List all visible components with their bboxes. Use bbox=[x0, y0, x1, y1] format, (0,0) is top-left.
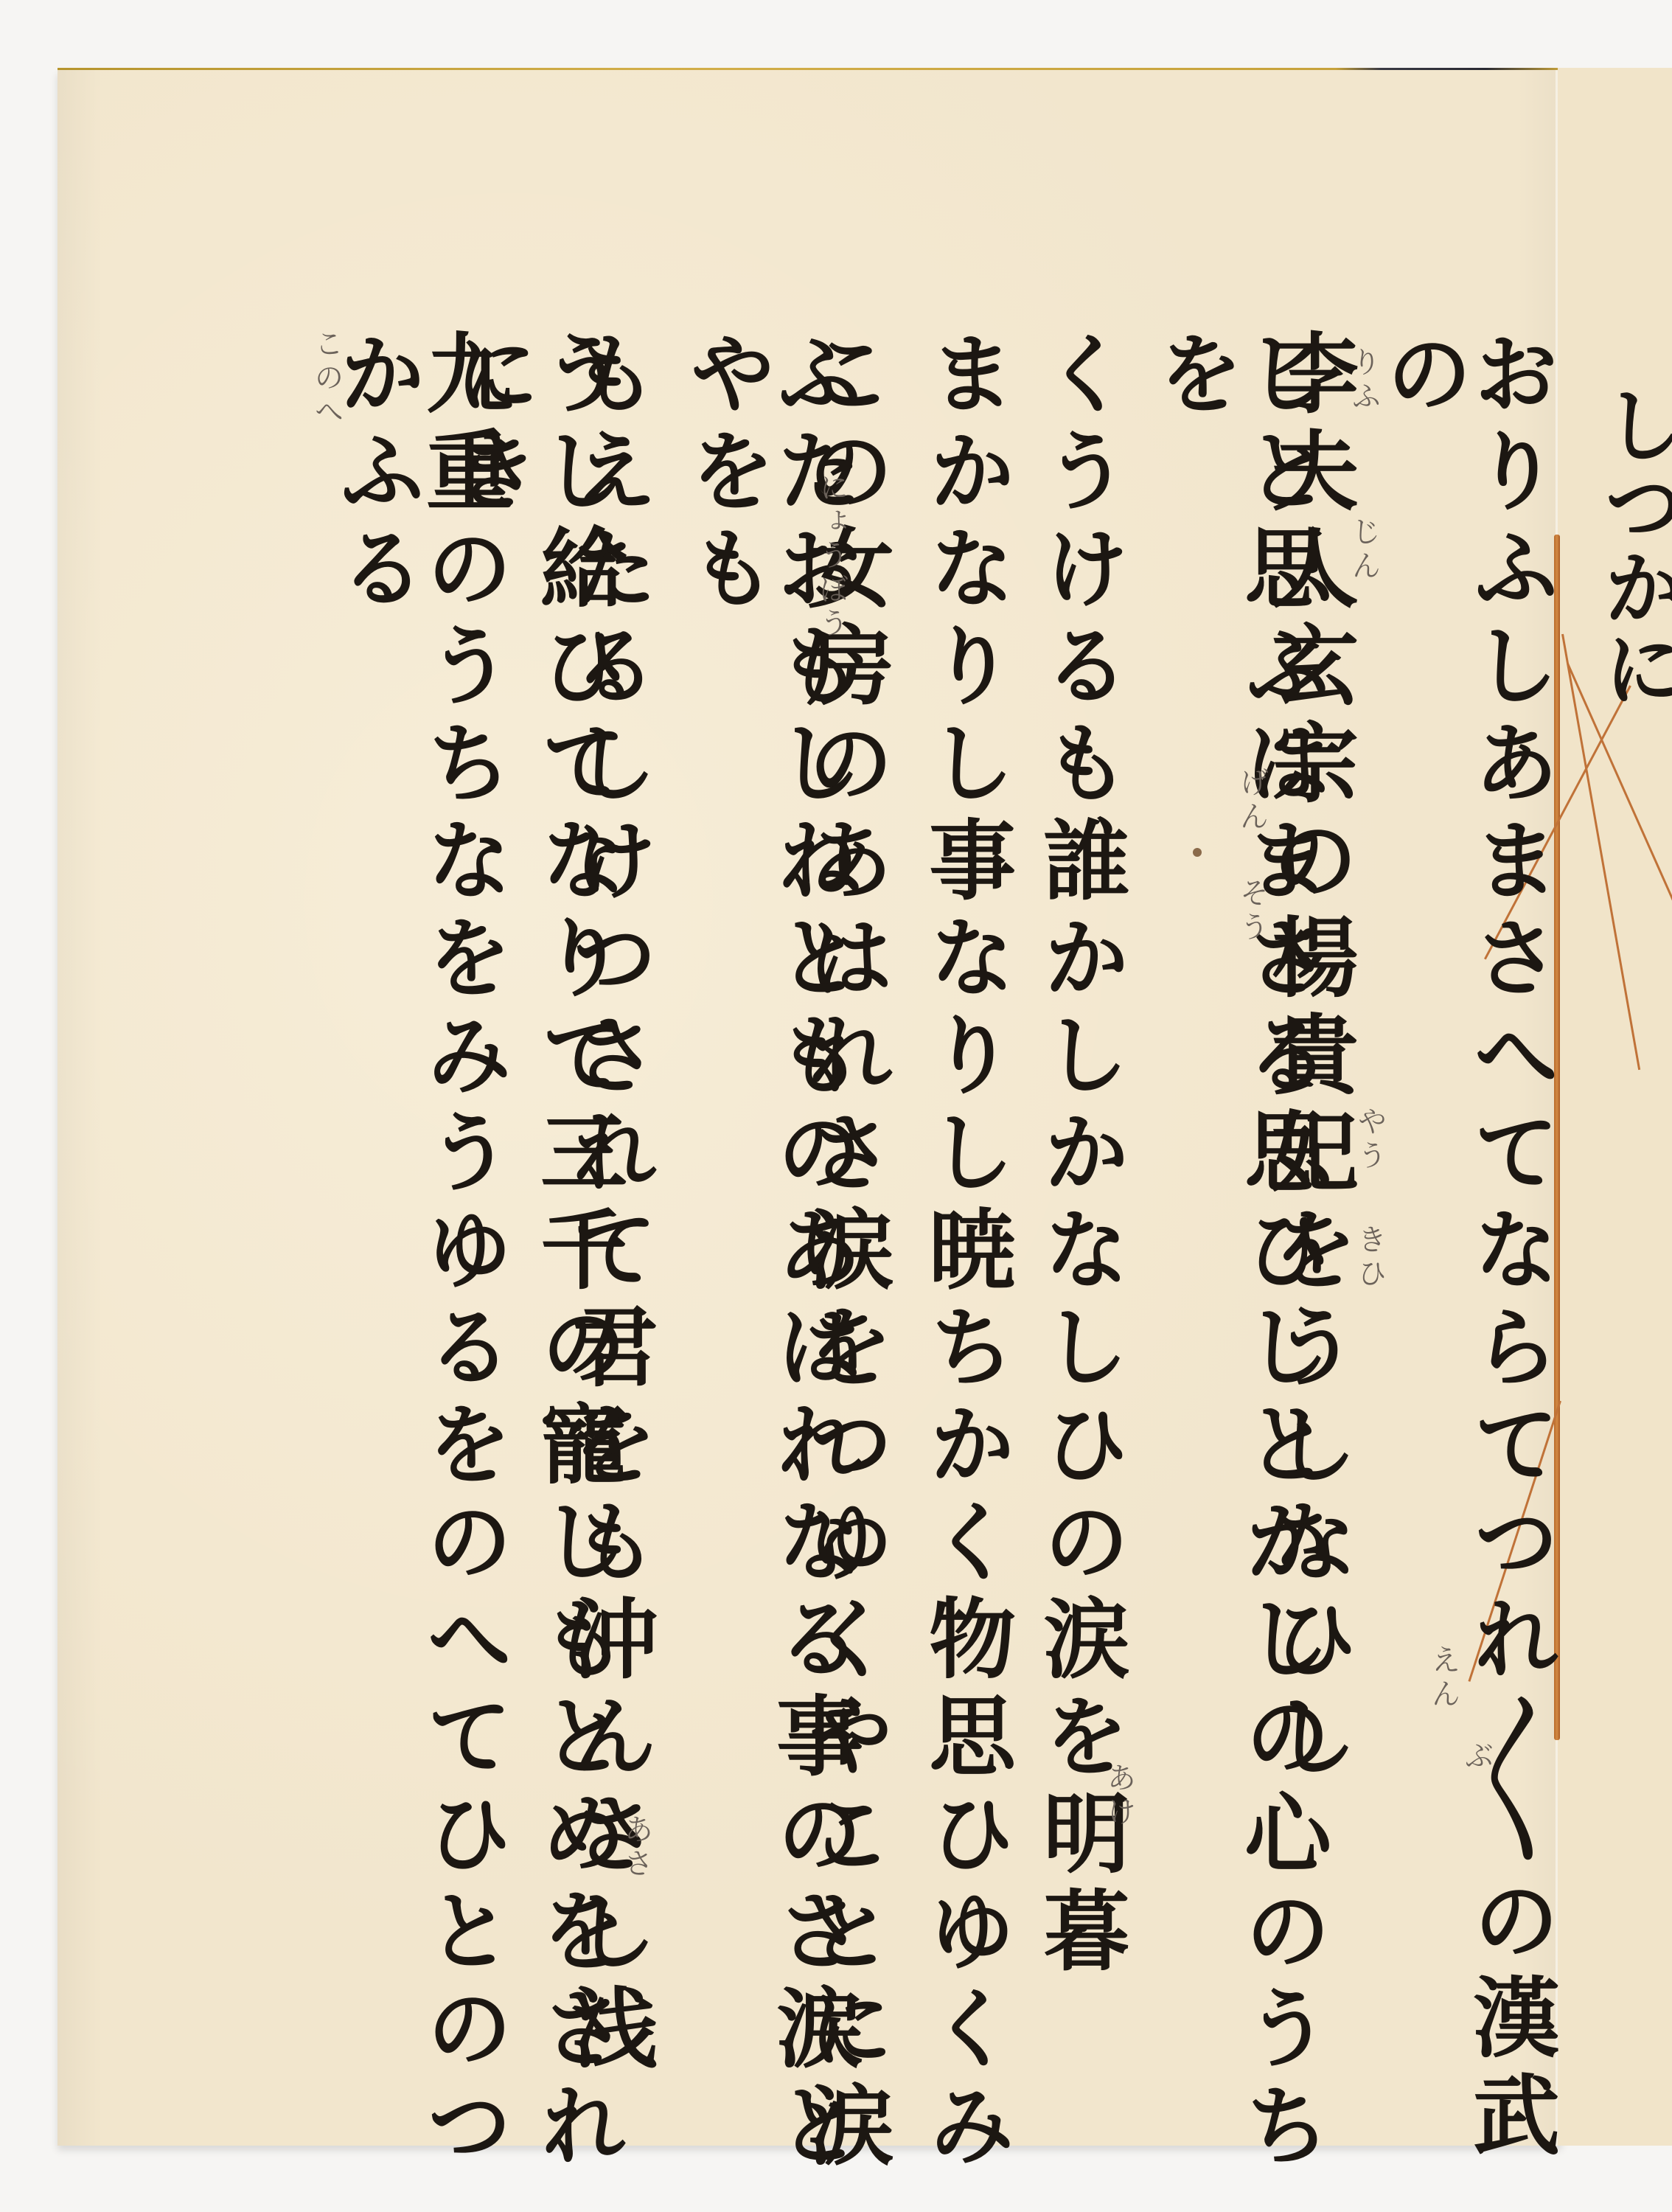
furigana: じん bbox=[1343, 516, 1385, 584]
text-column: 九重のうちなをみうゆるをのへてひとのつかふる bbox=[332, 328, 506, 2212]
furigana: あけ bbox=[1098, 1762, 1140, 1830]
furigana: あさ bbox=[616, 1814, 658, 1882]
furigana: げん bbox=[1231, 767, 1273, 835]
furigana: ぶ bbox=[1456, 1740, 1498, 1774]
furigana: やう bbox=[1349, 1106, 1391, 1174]
adjacent-page bbox=[1558, 68, 1672, 2146]
text-column: くうけるも誰かしかなしひの涙を明暮 bbox=[1036, 328, 1123, 1983]
furigana: そう bbox=[1231, 877, 1273, 945]
furigana: りふ bbox=[1343, 347, 1385, 414]
furigana: にょうぼう bbox=[811, 472, 853, 641]
next-page-text: しつかに bbox=[1607, 383, 1672, 796]
text-column: まかなりし事なりし暁ちかく物思ひゆくみ bbox=[922, 328, 1009, 2177]
furigana: このへ bbox=[306, 328, 348, 430]
text-column: おりふしあまさへてならてつれ〳〵の漢武の bbox=[1379, 328, 1553, 2212]
furigana: きひ bbox=[1349, 1224, 1391, 1292]
furigana: えん bbox=[1423, 1644, 1465, 1712]
text-column: しと思ふはまさる思ひしとかしの心のうちを bbox=[1150, 328, 1324, 2212]
